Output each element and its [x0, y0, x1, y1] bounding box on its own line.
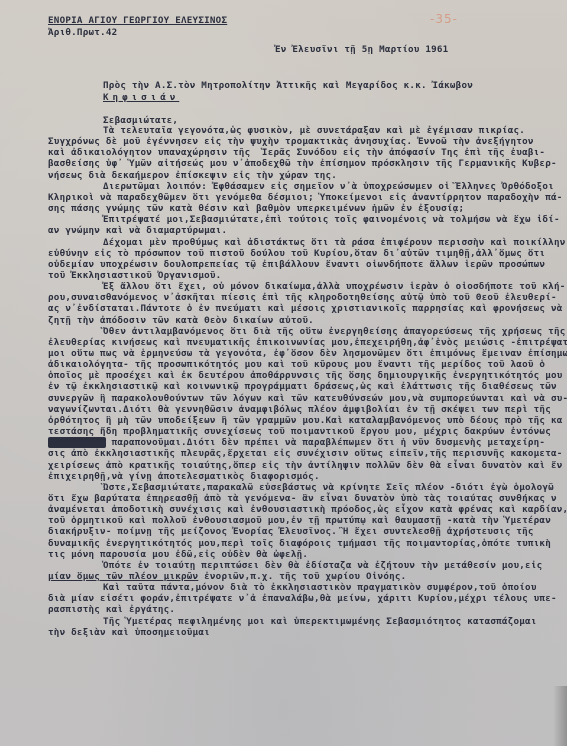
letter-line: Διερωτῶμαι λοιπόν: Ἐφθάσαμεν εἰς σημεῖον…: [103, 181, 554, 192]
place-and-date: Ἐν Ἐλευσῖνι τῇ 5ῃ Μαρτίου 1961: [275, 44, 448, 55]
letter-line: σις ἀπὸ ἐκκλησιαστικῆς πλευρᾶς,ἔρχεται ε…: [48, 448, 563, 459]
line-text: ἐνοριῶν,π.χ. τῆς τοῦ χωρίου Οἰνόης.: [198, 571, 406, 582]
letter-line: νήσεως διὰ δεκαήμερον ἐπίσκεψιν εἰς τὴν …: [48, 170, 337, 181]
letter-line: Τῆς Ὑμετέρας πεφιλημένης μοι καὶ ὑπερεκτ…: [103, 616, 537, 627]
letter-line: ########## παραπονοῦμαι.Διότι δὲν πρέπει…: [48, 437, 545, 448]
protocol-number: Ἀριθ.Πρωτ.42: [48, 27, 117, 38]
letter-line: Συγχρόνως δὲ μοῦ ἐγέννησεν εἰς τὴν ψυχὴν…: [48, 136, 534, 147]
letter-line: εὐθύνην εἰς τὸ πρόσωπον τοῦ πιστοῦ δούλο…: [48, 248, 545, 259]
letter-line: ὀρθότητος ἢ μὴ τῶν υποδείξεων ἢ τῶν γραμ…: [48, 415, 563, 426]
letter-line: οὐδεμίαν υποχρέωσιν δουλοπρεπείας τῷ ἐπι…: [48, 259, 545, 270]
letter-line: Καὶ ταῦτα πάντα,μόνον διὰ τὸ ἐκκλησιαστι…: [103, 582, 537, 593]
letter-line: Κληρικοὶ νὰ παραδεχθῶμεν ὅτι γενόμεθα δέ…: [48, 192, 563, 203]
letter-line: καὶ ἀδικαιολόγητον υπαναχώρησιν τῆς Ἱερᾶ…: [48, 147, 545, 158]
letter-line: Ὥστε,Σεβασμιώτατε,παρακαλῶ εὐσεβάστως νὰ…: [103, 482, 554, 493]
letter-line: διὰ μίαν εἰσέτι φοράν,ἐπιτρέψατε ν᾽ἀ ἐπα…: [48, 593, 557, 604]
recipient-city: Κηφισιάν: [103, 92, 179, 103]
letter-line: ζητῇ τὴν ἀπόδοσιν τῶν κατὰ Θεὸν δικαίων …: [48, 315, 314, 326]
letter-line: ἐν τῷ ἐκκλησιαστικῷ καὶ κοινωνικῷ προγρά…: [48, 381, 557, 392]
letter-line: Ἐξ ἄλλου ὅτι ἔχει, οὐ μόνον δικαίωμα,ἀλλ…: [103, 281, 566, 292]
letter-line: ὁποῖος μὲ προσέχει καὶ ἐκ δευτέρου ἀποθά…: [48, 370, 563, 381]
page-number-marker: -35-: [430, 12, 458, 26]
underlined-phrase: μίαν ὅμως τῶν πλέον μικρῶν: [48, 571, 198, 582]
letter-line: τὴν δεξιὰν καὶ ὑποσημειοῦμαι: [48, 627, 210, 638]
letter-line: Δέχομαι μὲν προθύμως καὶ ἀδιστάκτως ὅτι …: [103, 237, 566, 248]
letter-line: τις μόνη παρουσία μου ἐδῶ,εἰς οὐδὲν θὰ ὠ…: [48, 549, 308, 560]
recipient-line: Πρὸς τὴν Α.Σ.τὸν Μητροπολίτην Ἀττικῆς κα…: [103, 80, 473, 91]
letter-line: ρασπιστὴς καὶ ἐργάτης.: [48, 604, 175, 615]
letter-line: ἀδικαιολόγητα- τῆς προσωπικότητός μου κα…: [48, 359, 545, 370]
page-fold-shadow: [553, 686, 567, 746]
letter-line: ἐπιχειρηθῇ,νὰ γίνῃ ἀποτελεσματικὸς διαφο…: [48, 471, 320, 482]
letter-line: Ὅθεν ἀντιλαμβανόμενος ὅτι διὰ τῆς οὕτω ἐ…: [103, 326, 566, 337]
letter-line: Τὰ τελευταῖα γεγονότα,ὡς φυσικὸν, μὲ συν…: [103, 125, 525, 136]
letter-line: τοῦ Ἐκκλησιαστικοῦ Ὀργανισμοῦ.: [48, 270, 221, 281]
letter-line: ὅτι ἔχω βαρύτατα ἐπηρεασθῇ ἀπὸ τὰ γενόμε…: [48, 493, 557, 504]
line-text: παραπονοῦμαι.Διότι δὲν πρέπει νὰ παραβλέ…: [106, 437, 545, 448]
letter-line: δυναμικῆς ἐνεργητικότητός μου,περὶ τοῖς …: [48, 538, 551, 549]
letter-line: ας ν᾽ἐνδίσταται.Πάντοτε ὁ ἐν πνεύματι κα…: [48, 303, 563, 314]
letter-line: συνεργῶν ἢ παρακολουθούντων τῶν λόγων κα…: [48, 393, 567, 404]
struck-out-word: ##########: [48, 437, 106, 448]
letter-line: ρου,συναισθανόμενος ν᾽ἀσκῆται πίεσις ἐπὶ…: [48, 292, 557, 303]
letter-line: διακήρυξιν- ποίμνῃ τῆς μείζονος Ἐνορίας …: [48, 526, 534, 537]
letter-line: αν γνώμην καὶ νὰ διαμαρτύρωμαι.: [48, 225, 227, 236]
letter-line: ἀναμένεται ἀποδοτικὴ συνέχισις καὶ ἐνθου…: [48, 504, 567, 515]
letter-line: μοι οὕτω πως νὰ ἑρμηνεύσω τὰ γεγονότα, ἐ…: [48, 348, 567, 359]
letter-line: τοῦ ὁρμητικοῦ καὶ πολλοῦ ἐνθουσιασμοῦ μο…: [48, 515, 551, 526]
letter-line: μίαν ὅμως τῶν πλέον μικρῶν ἐνοριῶν,π.χ. …: [48, 571, 406, 582]
letter-line: Ἐπιτρέψατέ μοι,Σεβασμιώτατε,ἐπὶ τούτοις …: [103, 214, 560, 225]
letter-line: ἐλευθερίας κινήσεως καὶ πνευματικῆς ἐπικ…: [48, 337, 567, 348]
letter-line: χειρίσεως ἀπὸ κρατικῆς τοιαύτης,ὅπερ εἰς…: [48, 460, 563, 471]
letter-line: σης πάσης γνώμης τῶν κατὰ θέσιν καὶ βαθμ…: [48, 203, 464, 214]
letter-line: ναγωνίζωνται.Διότι θὰ γεννηθῶσιν ἀναμφιβ…: [48, 404, 551, 415]
letter-line: τεστάσης ἤδη προβληματικῆς συνεχίσεως το…: [48, 426, 551, 437]
letter-line: βασθείσης ὑφ᾽ Ὑμῶν αἰτήσεώς μου ν᾽ἀποδεχ…: [48, 158, 557, 169]
parish-heading: ΕΝΟΡΙΑ ΑΓΙΟΥ ΓΕΩΡΓΙΟΥ ΕΛΕΥΣΙΝΟΣ: [48, 15, 227, 26]
letter-line: Ὁπότε ἐν τοιαύτῃ περιπτώσει δὲν θὰ ἐδίστ…: [103, 560, 542, 571]
